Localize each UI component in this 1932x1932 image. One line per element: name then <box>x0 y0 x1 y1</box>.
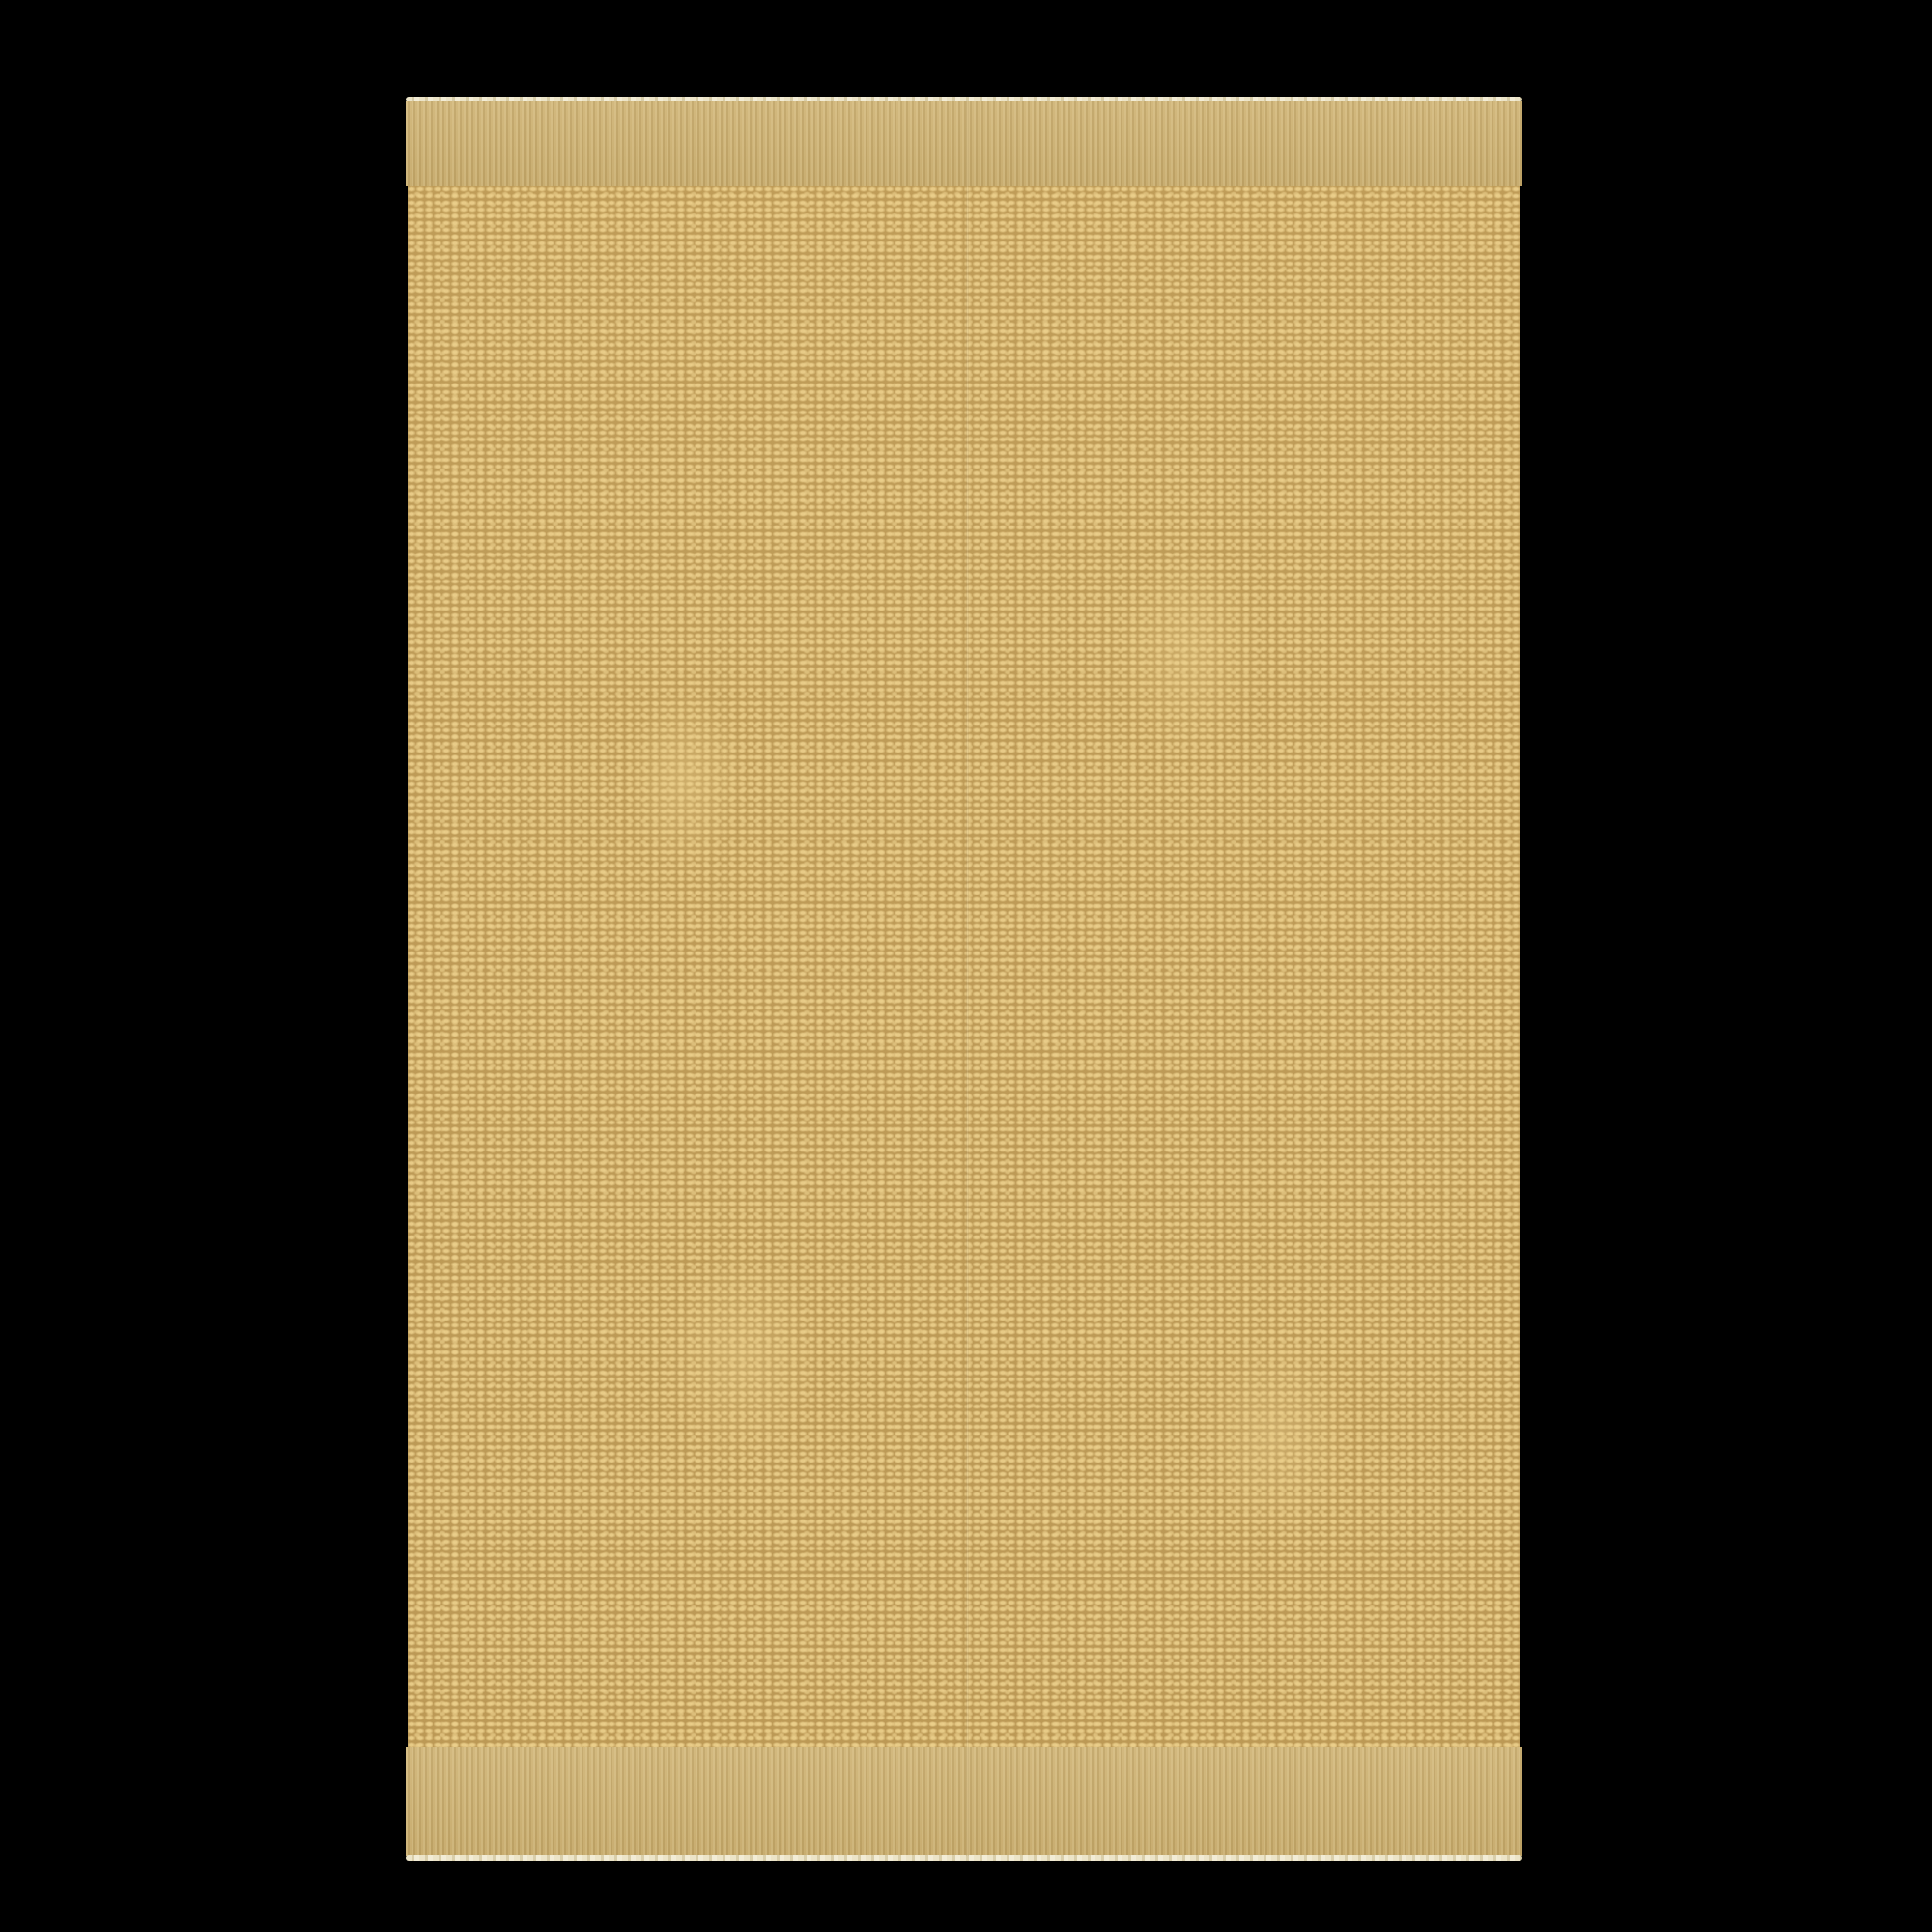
rug-top-flatweave-band <box>406 101 1522 186</box>
photo-background: Tan shag rug with flat-woven end bands o… <box>0 0 1932 1932</box>
rug <box>406 97 1522 1861</box>
rug-bottom-edge-cord <box>406 1855 1522 1861</box>
rug-shag-pile-field <box>408 186 1520 1747</box>
rug-bottom-flatweave-band <box>406 1747 1522 1856</box>
rug-center-seam <box>966 101 969 1856</box>
image-subject: Tan shag rug with flat-woven end bands o… <box>0 0 1 1</box>
